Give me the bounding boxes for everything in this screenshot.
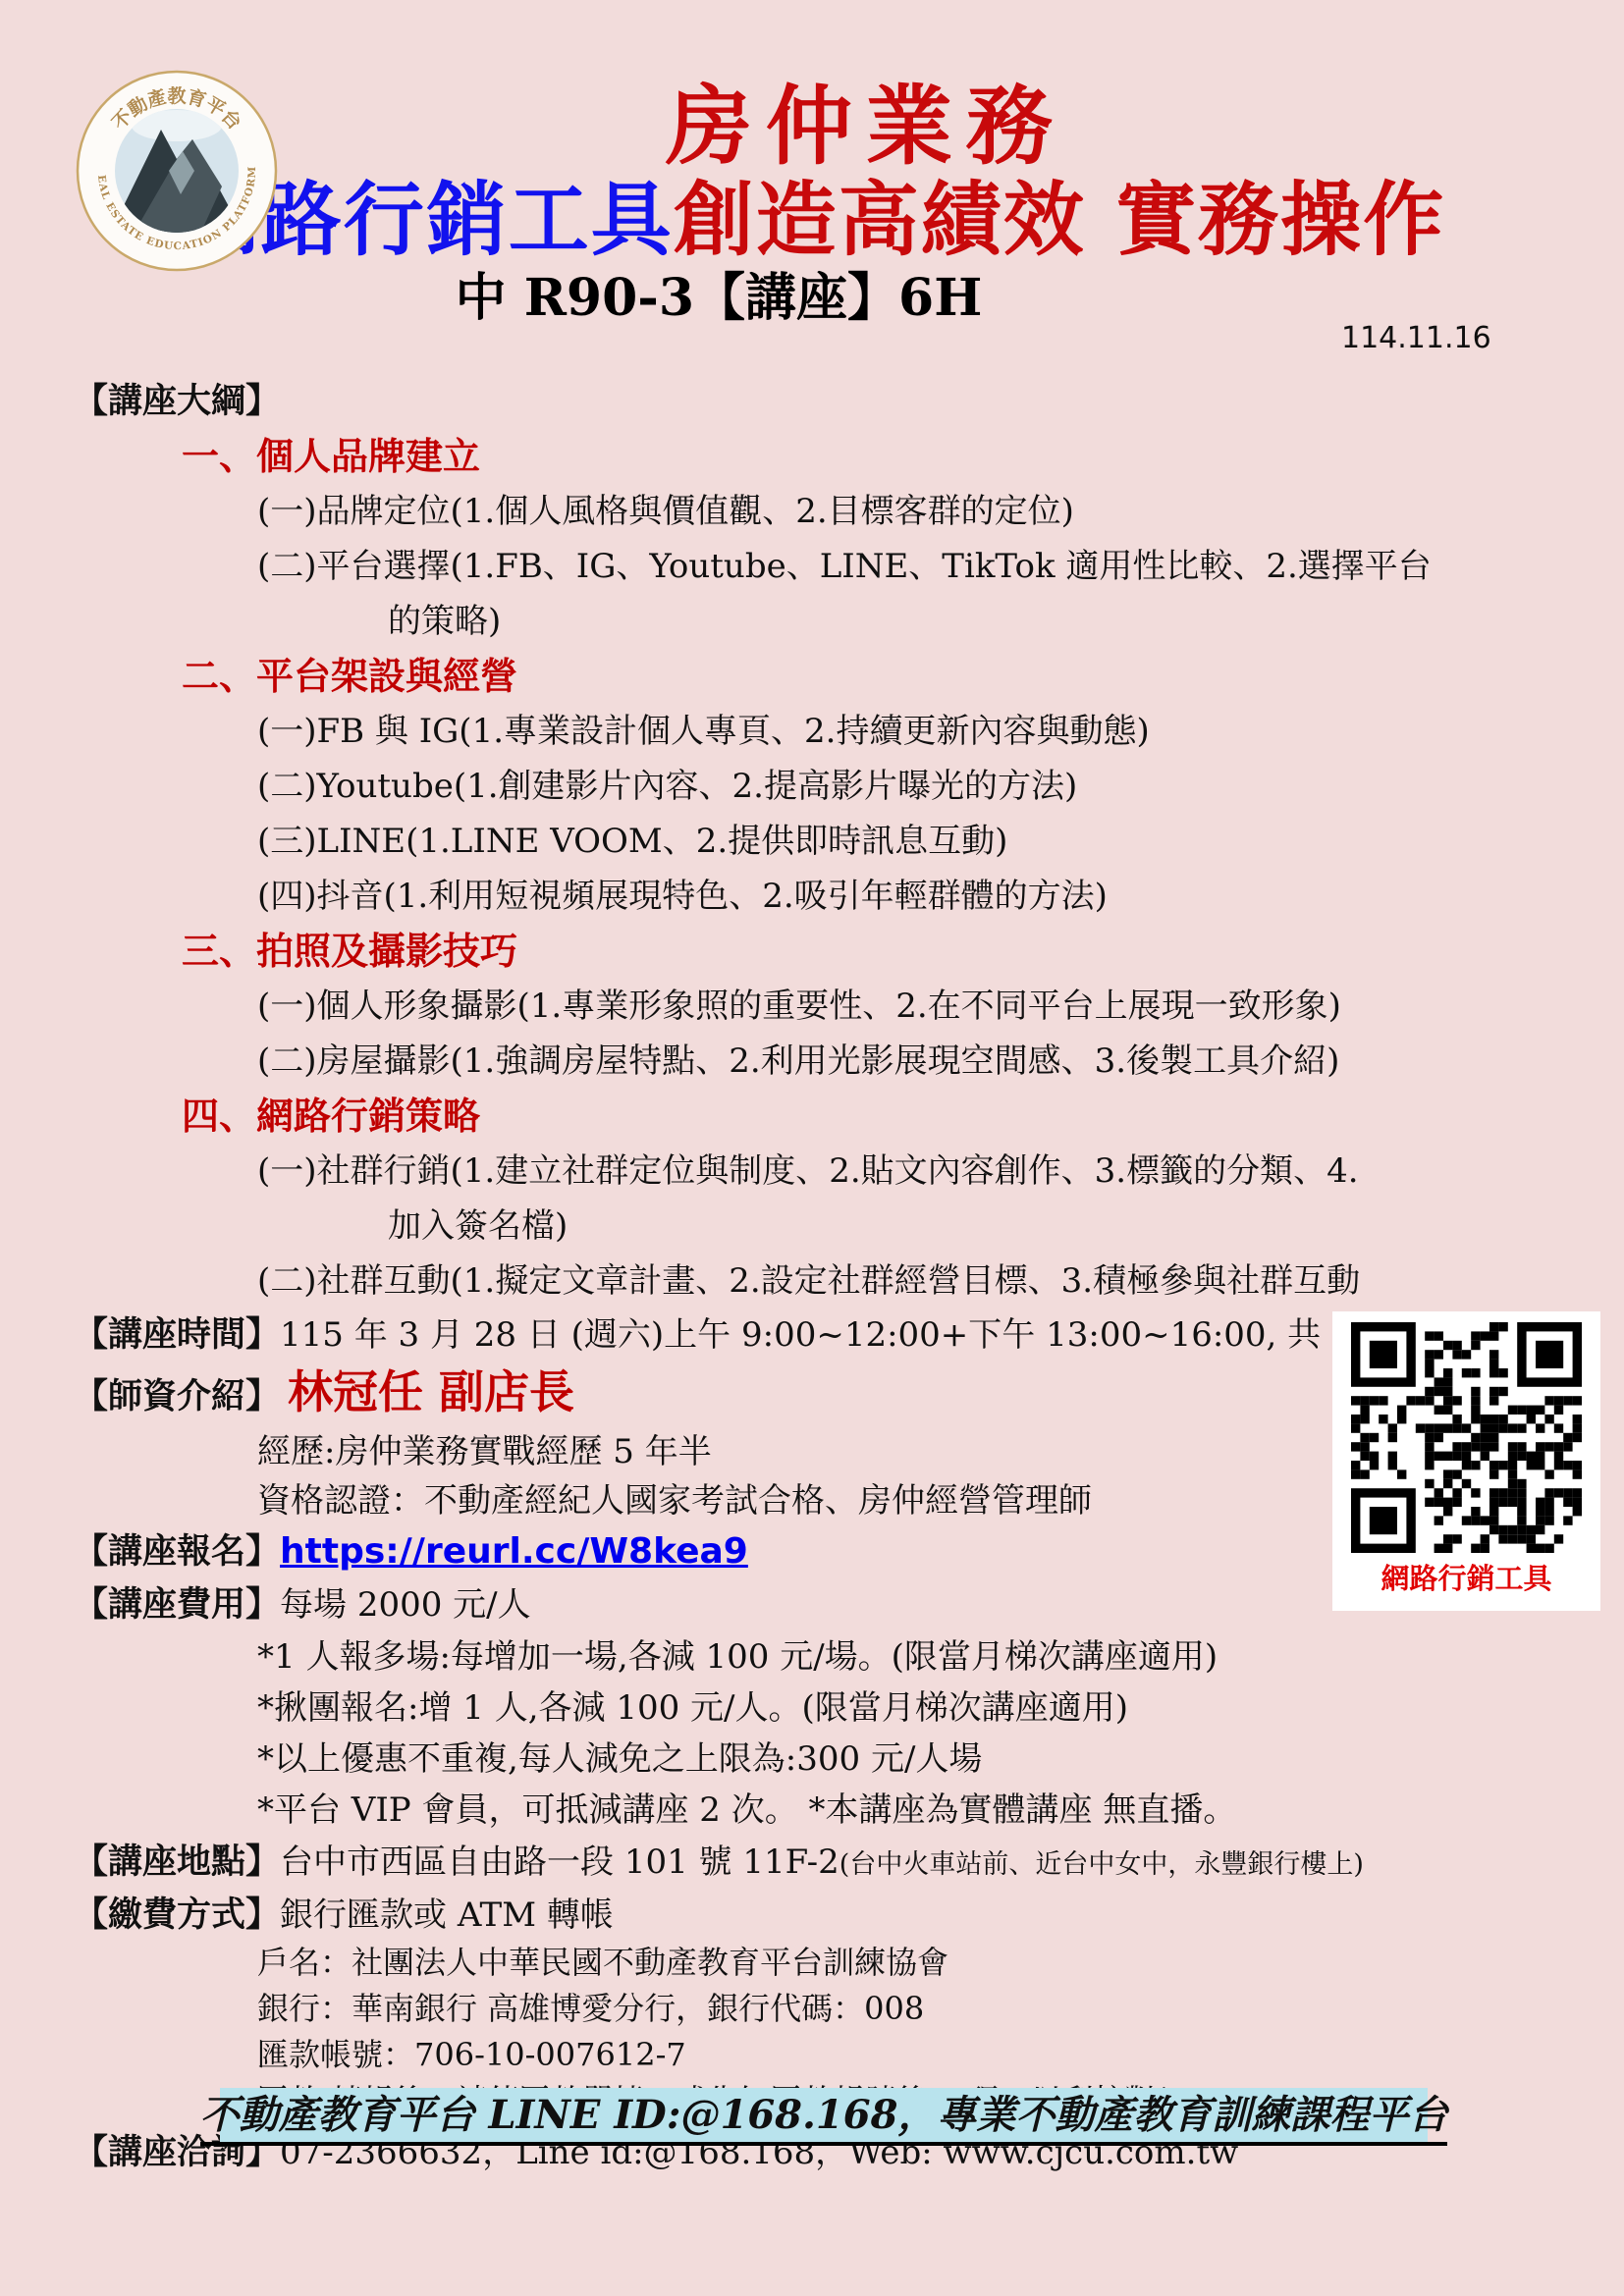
instructor-label: 【師資介紹】 (74, 1376, 280, 1416)
qr-code (1351, 1322, 1582, 1553)
outline-item: (一)個人形象攝影(1.專業形象照的重要性、2.在不同平台上展現一致形象) (74, 979, 1605, 1034)
payment-detail: 銀行：華南銀行 高雄博愛分行，銀行代碼：008 (74, 1986, 1605, 2032)
outline-section-2-heading: 二、平台架設與經營 (74, 649, 1605, 704)
fee-label: 【講座費用】 (74, 1584, 280, 1625)
instructor-name: 林冠任 副店長 (288, 1365, 574, 1418)
footer-banner: 不動產教育平台 LINE ID:@168.168，專業不動產教育訓練課程平台 (220, 2088, 1428, 2142)
payment-label: 【繳費方式】 (74, 1895, 280, 1935)
outline-item: (二)Youtube(1.創建影片內容、2.提高影片曝光的方法) (74, 759, 1605, 814)
outline-item-continuation: 的策略) (74, 594, 1605, 649)
outline-item: (一)品牌定位(1.個人風格與價值觀、2.目標客群的定位) (74, 484, 1605, 539)
flyer-page: 不動產教育平台 REAL ESTATE EDUCATION PLATFORM 房… (0, 0, 1624, 2296)
location-text: 台中市西區自由路一段 101 號 11F-2 (280, 1842, 839, 1882)
location-line: 【講座地點】台中市西區自由路一段 101 號 11F-2(台中火車站前、近台中女… (74, 1836, 1605, 1891)
fee-note: *以上優惠不重複,每人減免之上限為:300 元/人場 (74, 1734, 1605, 1785)
outline-label: 【講座大綱】 (74, 374, 1605, 429)
fee-note: *1 人報多場:每增加一場,各減 100 元/場。(限當月梯次講座適用) (74, 1631, 1605, 1682)
outline-item: (二)社群互動(1.擬定文章計畫、2.設定社群經營目標、3.積極參與社群互動 (74, 1254, 1605, 1308)
payment-detail: 匯款帳號：706-10-007612-7 (74, 2032, 1605, 2078)
outline-section-1-heading: 一、個人品牌建立 (74, 429, 1605, 484)
outline-section-3-heading: 三、拍照及攝影技巧 (74, 924, 1605, 979)
body-content: 【講座大綱】 一、個人品牌建立 (一)品牌定位(1.個人風格與價值觀、2.目標客… (74, 374, 1605, 2181)
time-label: 【講座時間】 (74, 1314, 280, 1355)
fee-note: *平台 VIP 會員，可抵減講座 2 次。 *本講座為實體講座 無直播。 (74, 1785, 1605, 1836)
payment-text: 銀行匯款或 ATM 轉帳 (280, 1896, 614, 1935)
payment-line: 【繳費方式】銀行匯款或 ATM 轉帳 (74, 1891, 1605, 1940)
outline-item: (二)平台選擇(1.FB、IG、Youtube、LINE、TikTok 適用性比… (74, 539, 1605, 594)
qr-label: 網路行銷工具 (1380, 1557, 1551, 1597)
fee-note: *揪團報名:增 1 人,各減 100 元/人。(限當月梯次講座適用) (74, 1682, 1605, 1734)
subtitle-red-part: 創造高績效 實務操作 (674, 174, 1446, 267)
org-logo: 不動產教育平台 REAL ESTATE EDUCATION PLATFORM (75, 69, 279, 273)
time-text: 115 年 3 月 28 日 (週六)上午 9:00~12:00+下午 13:0… (280, 1315, 1381, 1355)
doc-date: 114.11.16 (1341, 321, 1491, 355)
outline-item: (四)抖音(1.利用短視頻展現特色、2.吸引年輕群體的方法) (74, 869, 1605, 924)
outline-item: (三)LINE(1.LINE VOOM、2.提供即時訊息互動) (74, 814, 1605, 869)
location-label: 【講座地點】 (74, 1842, 280, 1882)
outline-item: (一)FB 與 IG(1.專業設計個人專頁、2.持續更新內容與動態) (74, 704, 1605, 759)
fee-text: 每場 2000 元/人 (280, 1585, 531, 1625)
registration-label: 【講座報名】 (74, 1531, 280, 1572)
registration-link[interactable]: https://reurl.cc/W8kea9 (280, 1531, 748, 1572)
outline-section-4-heading: 四、網路行銷策略 (74, 1089, 1605, 1144)
location-note: (台中火車站前、近台中女中，永豐銀行樓上) (839, 1849, 1364, 1880)
qr-card: 網路行銷工具 (1332, 1311, 1600, 1611)
outline-item: (二)房屋攝影(1.強調房屋特點、2.利用光影展現空間感、3.後製工具介紹) (74, 1034, 1605, 1089)
outline-item: (一)社群行銷(1.建立社群定位與制度、2.貼文內容創作、3.標籤的分類、4. (74, 1144, 1605, 1199)
payment-detail: 戶名：社團法人中華民國不動產教育平台訓練協會 (74, 1940, 1605, 1986)
outline-item-continuation: 加入簽名檔) (74, 1199, 1605, 1254)
footer-text: 不動產教育平台 LINE ID:@168.168，專業不動產教育訓練課程平台 (200, 2084, 1448, 2146)
org-logo-image: 不動產教育平台 REAL ESTATE EDUCATION PLATFORM (75, 69, 279, 273)
